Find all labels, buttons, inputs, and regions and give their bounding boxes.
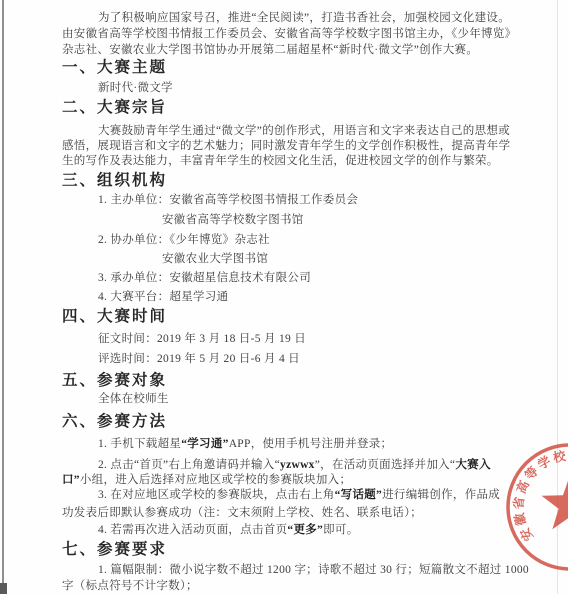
- requirement-item-1-line-2: 字（标点符号不计字数）；: [62, 579, 198, 593]
- theme-line: 新时代·微文学: [98, 81, 173, 95]
- org-item-undertaker: 3. 承办单位：安徽超星信息技术有限公司: [98, 271, 311, 285]
- org-item-host: 1. 主办单位：安徽省高等学校图书情报工作委员会: [98, 193, 358, 207]
- org-item-host-cont: 安徽省高等学校数字图书馆: [162, 213, 304, 227]
- schedule-submission-period: 征文时间：2019 年 3 月 18 日-5 月 19 日: [98, 332, 306, 346]
- section-heading-participants: 五、参赛对象: [62, 372, 167, 389]
- official-seal-stamp: 安徽省高等学校: [0, 0, 568, 594]
- method-item-3-line-2: 功发表后即默认参赛成功（注：文末须附上学校、姓名、联系电话）；: [62, 506, 422, 520]
- scan-left-edge-smudge: [0, 583, 7, 594]
- stamp-circle: [508, 445, 568, 569]
- schedule-judging-period: 评选时间：2019 年 5 月 20 日-6 月 4 日: [98, 352, 300, 366]
- purpose-line-1: 大赛鼓励青年学生通过“微文学”的创作形式，用语言和文字来表达自己的思想或: [98, 124, 510, 138]
- section-heading-organization: 三、组织机构: [62, 172, 167, 189]
- intro-line-1: 为了积极响应国家号召，推进“全民阅读”，打造书香社会，加强校园文化建设。: [98, 11, 510, 25]
- stamp-star: [542, 475, 568, 529]
- org-item-platform: 4. 大赛平台：超星学习通: [98, 290, 228, 304]
- section-heading-purpose: 二、大赛宗旨: [62, 99, 167, 116]
- scan-left-edge: [2, 0, 4, 594]
- purpose-line-2: 感悟，展现语言和文字的艺术魅力；同时激发青年学生的文学创作积极性，提高青年学: [62, 139, 510, 153]
- method-item-3-line-1: 3. 在对应地区或学校的参赛版块，点击右上角“写话题”进行编辑创作，作品成: [98, 488, 500, 502]
- method-item-2-line-1: 2. 点击“首页”右上角邀请码并输入“yzwwx”，在活动页面选择并加入“大赛入: [98, 458, 491, 472]
- section-heading-schedule: 四、大赛时间: [62, 308, 167, 325]
- stamp-arc-text: 安徽省高等学校: [511, 448, 568, 544]
- section-heading-method: 六、参赛方法: [62, 413, 167, 430]
- org-item-cohost: 2. 协办单位：《少年博览》杂志社: [98, 233, 270, 247]
- intro-line-2: 由安徽省高等学校图书情报工作委员会、安徽省高等学校数字图书馆主办，《少年博览》: [62, 27, 516, 41]
- intro-line-3: 杂志社、安徽农业大学图书馆协办开展第二届超星杯“新时代·微文学”创作大赛。: [62, 43, 478, 57]
- scanned-document-page: 为了积极响应国家号召，推进“全民阅读”，打造书香社会，加强校园文化建设。 由安徽…: [0, 0, 568, 594]
- requirement-item-1-line-1: 1. 篇幅限制：微小说字数不超过 1200 字；诗歌不超过 30 行；短篇散文不…: [98, 563, 529, 577]
- section-heading-theme: 一、大赛主题: [62, 59, 167, 76]
- org-item-cohost-cont: 安徽农业大学图书馆: [162, 252, 268, 266]
- purpose-line-3: 生的写作及表达能力，丰富青年学生的校园文化生活，促进校园文学的创作与繁荣。: [62, 154, 499, 168]
- method-item-2-line-2: 口”小组，进入后选择对应地区或学校的参赛版块加入；: [62, 473, 351, 487]
- method-item-1: 1. 手机下载超星“学习通”APP，使用手机号注册并登录；: [98, 437, 392, 451]
- participants-line: 全体在校师生: [98, 392, 169, 406]
- section-heading-requirements: 七、参赛要求: [62, 541, 167, 558]
- method-item-4: 4. 若需再次进入活动页面，点击首页“更多”即可。: [98, 523, 359, 537]
- scan-right-edge: [557, 0, 558, 594]
